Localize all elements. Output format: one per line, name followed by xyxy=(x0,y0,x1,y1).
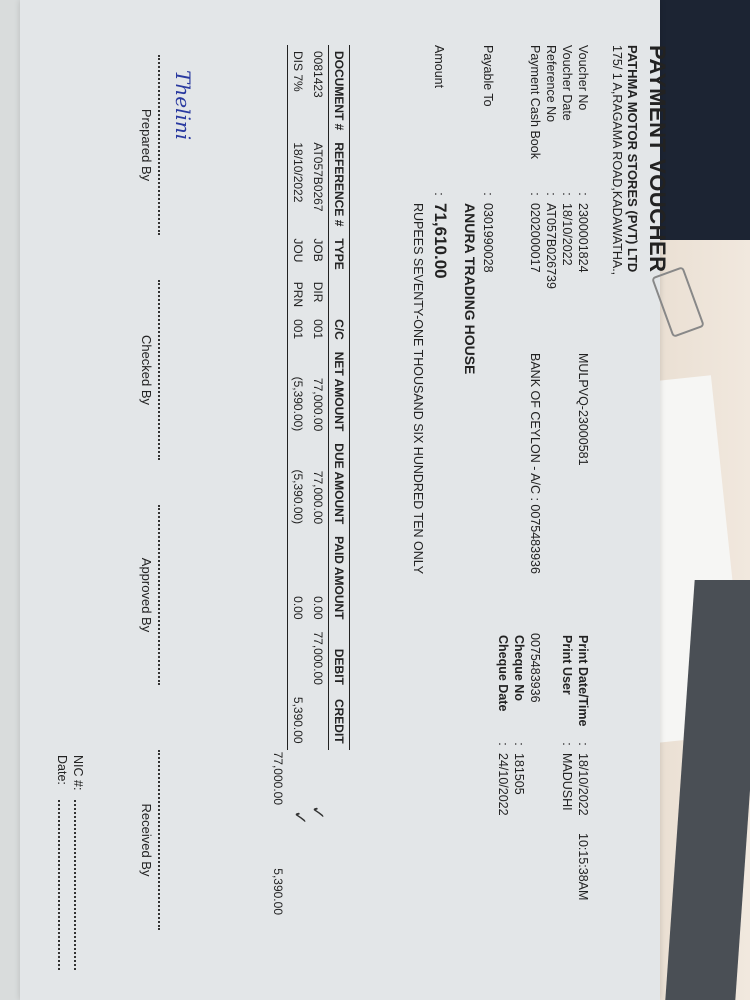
cheque-no-row: Cheque No:181505 xyxy=(512,635,526,795)
prepared-by-label: Prepared By xyxy=(139,55,154,235)
nic-label: NIC #: xyxy=(71,755,85,800)
cheque-date-label: Cheque Date xyxy=(496,635,510,735)
amount-value: 71,610.00 xyxy=(431,203,450,279)
checked-by-label: Checked By xyxy=(139,280,154,460)
payable-to-label: Payable To xyxy=(481,45,495,185)
approved-by-block: Approved By xyxy=(139,505,160,685)
print-user-row: Print User:MADUSHI xyxy=(560,635,574,811)
col-credit: CREDIT xyxy=(329,691,350,750)
reference-no-value: AT057B026739 xyxy=(544,203,558,289)
table-header-row: DOCUMENT # REFERENCE # TYPE C/C NET AMOU… xyxy=(329,45,350,750)
nic-field[interactable] xyxy=(74,800,76,970)
amount-row: Amount:71,610.00 xyxy=(430,45,450,279)
bank-account: BANK OF CEYLON - A/C : 0075483936 xyxy=(528,353,542,633)
print-datetime-row: Print Date/Time:18/10/202210:15:38AM xyxy=(576,635,590,900)
col-due-amount: DUE AMOUNT xyxy=(329,437,350,530)
cheque-no-value: 181505 xyxy=(512,753,526,795)
company-name: PATHMA MOTOR STORES (PVT) LTD xyxy=(625,45,640,272)
amount-label: Amount xyxy=(432,45,446,185)
amount-in-words: RUPEES SEVENTY-ONE THOUSAND SIX HUNDRED … xyxy=(411,203,425,574)
cell-document: DIS 7% xyxy=(288,45,309,136)
cell-reference: 18/10/2022 xyxy=(288,136,309,232)
print-user-value: MADUSHI xyxy=(560,753,574,811)
voucher-paper: PAYMENT VOUCHER PATHMA MOTOR STORES (PVT… xyxy=(20,0,660,1000)
voucher-no-value: 2300001824 xyxy=(576,203,590,353)
voucher-line-table: DOCUMENT # REFERENCE # TYPE C/C NET AMOU… xyxy=(287,45,350,750)
cell-paid-amount: 0.00 xyxy=(308,530,329,625)
date-label: Date: xyxy=(55,755,69,800)
cell-debit: 77,000.00 xyxy=(308,626,329,691)
col-cc: C/C xyxy=(329,313,350,346)
col-document: DOCUMENT # xyxy=(329,45,350,136)
prepared-by-block: Prepared By xyxy=(139,55,160,235)
print-time-value: 10:15:38AM xyxy=(576,833,590,900)
col-reference: REFERENCE # xyxy=(329,136,350,232)
mulpvq-value: MULPVQ-23000581 xyxy=(576,353,590,466)
cash-book-value: 0202000017 xyxy=(528,203,542,353)
cheque-date-row: Cheque Date:24/10/2022 xyxy=(496,635,510,816)
cell-credit xyxy=(308,691,329,750)
received-by-label: Received By xyxy=(139,750,154,930)
voucher-title: PAYMENT VOUCHER xyxy=(644,45,670,273)
handwritten-signature: Thelini xyxy=(171,70,195,140)
totals-row: 77,000.005,390.00 xyxy=(271,695,285,915)
payment-voucher: PAYMENT VOUCHER PATHMA MOTOR STORES (PVT… xyxy=(40,15,680,975)
cell-debit xyxy=(288,626,309,691)
voucher-no-label: Voucher No xyxy=(576,45,590,185)
payable-to-name: ANURA TRADING HOUSE xyxy=(462,203,478,374)
checked-by-block: Checked By xyxy=(139,280,160,460)
cell-type: JOB xyxy=(308,232,329,275)
col-paid-amount: PAID AMOUNT xyxy=(329,530,350,625)
print-datetime-label: Print Date/Time xyxy=(576,635,590,735)
cell-cc: 001 xyxy=(308,313,329,346)
total-debit: 77,000.00 xyxy=(271,695,285,805)
cell-due-amount: (5,390.00) xyxy=(288,437,309,530)
cash-book-label: Payment Cash Book xyxy=(528,45,542,185)
cell-reference: AT057B0267 xyxy=(308,136,329,232)
voucher-date-label: Voucher Date xyxy=(560,45,574,185)
cash-book-row: Payment Cash Book:0202000017BANK OF CEYL… xyxy=(528,45,542,703)
voucher-no-row: Voucher No:2300001824MULPVQ-23000581 xyxy=(576,45,590,466)
table-row: DIS 7% 18/10/2022 JOU PRN 001 (5,390.00)… xyxy=(288,45,309,750)
approved-by-label: Approved By xyxy=(139,505,154,685)
received-by-block: Received By xyxy=(139,750,160,930)
cell-subtype: PRN xyxy=(288,276,309,313)
handwritten-tick-icon: ✓ xyxy=(307,805,328,820)
account-no: 0075483936 xyxy=(528,633,542,703)
cell-net-amount: (5,390.00) xyxy=(288,346,309,438)
cheque-date-value: 24/10/2022 xyxy=(496,753,510,816)
cell-subtype: DIR xyxy=(308,276,329,313)
reference-no-label: Reference No xyxy=(544,45,558,185)
nic-date-block: NIC #: Date: xyxy=(53,755,85,970)
reference-no-row: Reference No:AT057B026739 xyxy=(544,45,558,289)
cell-net-amount: 77,000.00 xyxy=(308,346,329,438)
date-field[interactable] xyxy=(58,800,60,970)
col-net-amount: NET AMOUNT xyxy=(329,346,350,438)
col-subtype xyxy=(329,276,350,313)
col-debit: DEBIT xyxy=(329,626,350,691)
cell-document: 0081423 xyxy=(308,45,329,136)
print-date-value: 18/10/2022 xyxy=(576,753,590,833)
cell-due-amount: 77,000.00 xyxy=(308,437,329,530)
print-user-label: Print User xyxy=(560,635,574,735)
cell-type: JOU xyxy=(288,232,309,275)
total-credit: 5,390.00 xyxy=(271,805,285,915)
company-address: 175/ 1 A,RAGAMA ROAD,KADAWATHA., xyxy=(610,45,624,275)
cheque-no-label: Cheque No xyxy=(512,635,526,735)
handwritten-tick-icon: ✓ xyxy=(289,810,310,825)
cell-cc: 001 xyxy=(288,313,309,346)
cell-paid-amount: 0.00 xyxy=(288,530,309,625)
cell-credit: 5,390.00 xyxy=(288,691,309,750)
payable-to-code: 0301990028 xyxy=(481,203,495,273)
voucher-date-row: Voucher Date:18/10/2022 xyxy=(560,45,574,266)
voucher-date-value: 18/10/2022 xyxy=(560,203,574,266)
payable-to-row: Payable To:0301990028 xyxy=(481,45,495,273)
table-row: 0081423 AT057B0267 JOB DIR 001 77,000.00… xyxy=(308,45,329,750)
col-type: TYPE xyxy=(329,232,350,275)
